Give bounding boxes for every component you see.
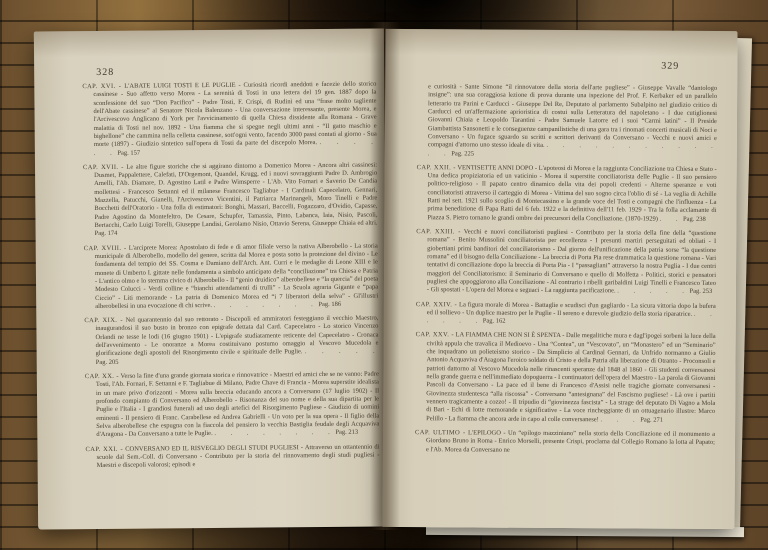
toc-entry: CAP. XXII. - VENTISETTE ANNI DOPO - L'ap… [416, 164, 716, 224]
page-number-right: 329 [661, 61, 679, 72]
chapter-label: CAP. XXIV. - [416, 301, 457, 308]
toc-entry: CAP. XVI. - L'ABATE LUIGI TOSTI E LE PUG… [82, 81, 377, 158]
left-page: 328 CAP. XVI. - L'ABATE LUIGI TOSTI E LE… [34, 28, 388, 529]
page-number-left: 328 [96, 67, 114, 78]
page-ref: Pag. 225 [451, 150, 474, 157]
page-ref: Pag. 162 [483, 318, 506, 325]
leader-dots: . . . . . . . . [214, 429, 333, 437]
leader-dots: . . [659, 215, 681, 222]
toc-entry: CAP. XIX. - Nel quarantennio dal suo ret… [84, 315, 378, 367]
table-of-contents-right: e curiosità - Sante Simone “il rinnovato… [415, 83, 717, 462]
chapter-label: CAP. XXV. - [416, 332, 454, 339]
chapter-label: CAP. XVII. - [83, 164, 124, 171]
chapter-summary: Vecchi e nuovi conciliatoristi pugliesi … [427, 228, 716, 294]
table-of-contents-left: CAP. XVI. - L'ABATE LUIGI TOSTI E LE PUG… [82, 81, 379, 477]
leader-dots: . . . [600, 416, 638, 423]
page-ref: Pag. 205 [96, 358, 119, 365]
leader-dots: . . . . . [617, 288, 688, 295]
page-top-shading [385, 29, 737, 57]
toc-entry: CAP. XVII. - Le altre figure storiche ch… [83, 161, 378, 238]
toc-entry: CAP. XXIII. - Vecchi e nuovi conciliator… [416, 228, 716, 296]
page-ref: Pag. 271 [640, 416, 663, 423]
open-book: 328 CAP. XVI. - L'ABATE LUIGI TOSTI E LE… [26, 22, 748, 538]
page-ref: Pag. 186 [318, 301, 341, 308]
chapter-summary: CONVERSANO ED IL RISVEGLIO DEGLI STUDI P… [97, 443, 380, 469]
page-top-shading [34, 28, 384, 57]
toc-entry: CAP. XXIV. - La figura morale di Morea -… [416, 301, 716, 328]
chapter-label: CAP. XXIII. - [416, 228, 461, 235]
chapter-summary: L'ABATE LUIGI TOSTI E LE PUGLIE - Curios… [93, 81, 376, 149]
toc-entry-continuation: e curiosità - Sante Simone “il rinnovato… [417, 83, 717, 160]
toc-entry: CAP. XX. - Verso la fine d'una grande gi… [85, 371, 380, 440]
page-ref: Pag. 174 [95, 230, 118, 237]
chapter-summary: Verso la fine d'una grande giornata stor… [96, 371, 379, 439]
page-ref: Pag. 238 [683, 215, 706, 222]
chapter-summary: La figura morale di Morea - Battaglie e … [427, 301, 716, 318]
chapter-summary: Le altre figure storiche che si aggirano… [94, 161, 377, 229]
chapter-summary: e curiosità - Sante Simone “il rinnovato… [428, 83, 717, 149]
toc-entry: CAP. XVIII. - L'arciprete Morea: Apostol… [84, 242, 379, 311]
page-ref: Pag. 213 [335, 429, 358, 436]
leader-dots: . . . . . [305, 348, 379, 356]
toc-entry: CAP. ULTIMO - L'EPILOGO - Un “epilogo ma… [415, 429, 715, 456]
chapter-label: CAP. XX. - [85, 373, 119, 380]
chapter-label: CAP. XXII. - [417, 164, 456, 171]
chapter-label: CAP. ULTIMO - [415, 429, 466, 436]
toc-entry: CAP. XXV. - LA FIAMMA CHE NON SI È SPENT… [415, 332, 716, 425]
chapter-summary: LA FIAMMA CHE NON SI È SPENTA - Dalle me… [426, 332, 716, 423]
leader-dots: . . . . . . . [214, 301, 317, 309]
page-ref: Pag. 253 [689, 288, 712, 295]
chapter-label: CAP. XVI. - [82, 83, 121, 90]
chapter-label: CAP. XIX. - [84, 317, 123, 324]
chapter-summary: L'EPILOGO - Un “epilogo mazziniano” nell… [426, 429, 715, 453]
chapter-label: CAP. XVIII. - [84, 244, 127, 251]
chapter-summary: L'arciprete Morea: Apostolato di fede e … [95, 242, 378, 310]
toc-entry: CAP. XXI. - CONVERSANO ED IL RISVEGLIO D… [85, 443, 379, 471]
chapter-summary: VENTISETTE ANNI DOPO - L'apoteosi di Mor… [427, 164, 716, 222]
right-page: 329 e curiosità - Sante Simone “il rinno… [382, 29, 737, 529]
chapter-label: CAP. XXI. - [85, 445, 123, 452]
page-ref: Pag. 157 [117, 149, 140, 156]
